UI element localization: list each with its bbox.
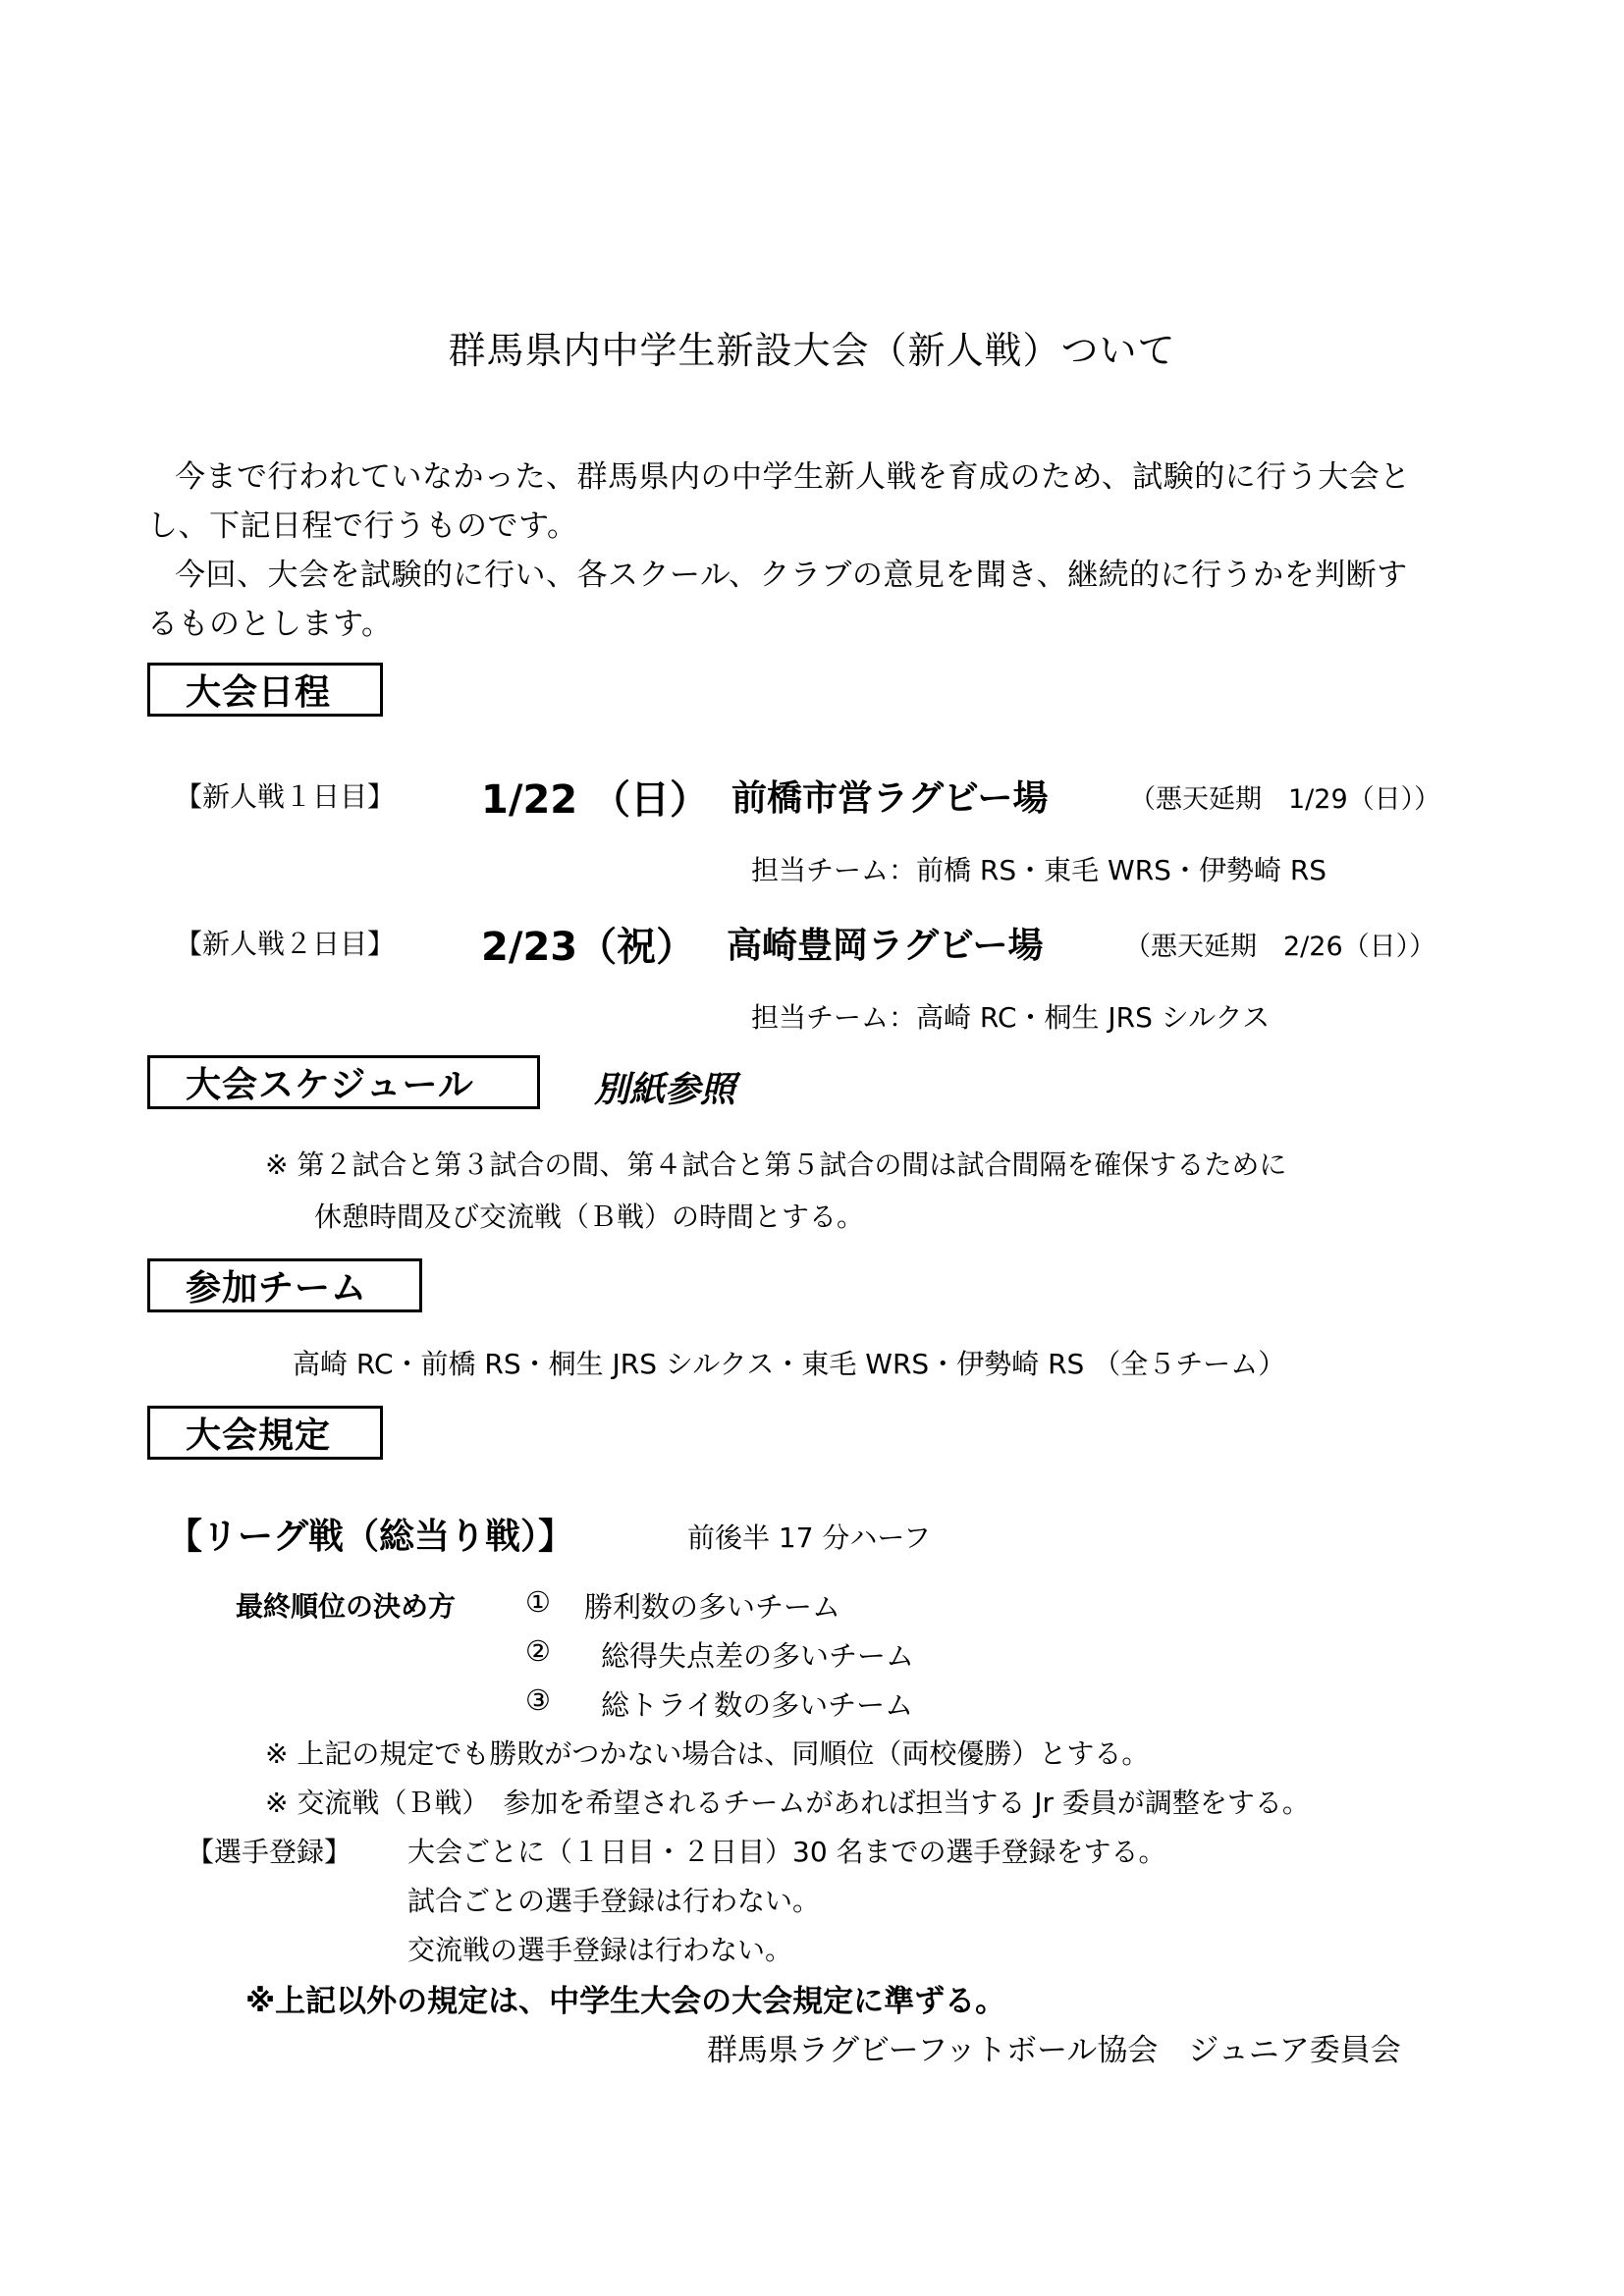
ranking-text: 総得失点差の多いチーム bbox=[601, 1634, 914, 1675]
participating-teams-list: 高崎 RC・前橋 RS・桐生 JRS シルクス・東毛 WRS・伊勢崎 RS （全… bbox=[293, 1343, 1285, 1382]
schedule-day-label: 【新人戦１日目】 bbox=[175, 775, 395, 815]
schedule-day-label: 【新人戦２日目】 bbox=[175, 923, 395, 962]
section-heading-schedule-label: 大会日程 bbox=[186, 665, 331, 715]
signature: 群馬県ラグビーフットボール協会 ジュニア委員会 bbox=[707, 2025, 1401, 2069]
registration-line-2: 試合ごとの選手登録は行わない。 bbox=[407, 1880, 820, 1919]
schedule-day-date: 1/22 （日） bbox=[481, 769, 709, 825]
section-heading-teams-label: 参加チーム bbox=[186, 1260, 367, 1310]
intro-line-1: 今まで行われていなかった、群馬県内の中学生新人戦を育成のため、試験的に行う大会と bbox=[175, 452, 1411, 496]
registration-line-3: 交流戦の選手登録は行わない。 bbox=[407, 1929, 792, 1968]
schedule-note-line-2: 休憩時間及び交流戦（Ｂ戦）の時間とする。 bbox=[314, 1196, 864, 1235]
schedule-note-line-1: ※ 第２試合と第３試合の間、第４試合と第５試合の間は試合間隔を確保するために bbox=[265, 1144, 1286, 1183]
ranking-text: 総トライ数の多いチーム bbox=[601, 1683, 913, 1724]
schedule-day-teams: 担当チーム：前橋 RS・東毛 WRS・伊勢崎 RS bbox=[751, 849, 1326, 888]
schedule-day-postpone: （悪天延期 1/29（日）） bbox=[1129, 777, 1440, 816]
intro-line-2: し、下記日程で行うものです。 bbox=[147, 501, 578, 545]
intro-line-4: るものとします。 bbox=[147, 599, 393, 643]
ranking-number: ③ bbox=[525, 1683, 551, 1717]
ranking-text: 勝利数の多いチーム bbox=[584, 1585, 840, 1626]
intro-line-3: 今回、大会を試験的に行い、各スクール、クラブの意見を聞き、継続的に行うかを判断す bbox=[175, 550, 1408, 594]
section-heading-rules-label: 大会規定 bbox=[186, 1408, 331, 1458]
section-heading-tournament-schedule-label: 大会スケジュール bbox=[186, 1057, 474, 1107]
league-half-duration: 前後半 17 分ハーフ bbox=[687, 1517, 931, 1556]
separate-sheet-reference: 別紙参照 bbox=[594, 1062, 735, 1112]
section-heading-tournament-schedule: 大会スケジュール bbox=[147, 1055, 540, 1109]
schedule-day-venue: 高崎豊岡ラグビー場 bbox=[727, 918, 1044, 968]
ranking-method-label: 最終順位の決め方 bbox=[236, 1585, 456, 1625]
document-title: 群馬県内中学生新設大会（新人戦）ついて bbox=[0, 320, 1624, 374]
section-heading-teams: 参加チーム bbox=[147, 1258, 422, 1312]
schedule-day-postpone: （悪天延期 2/26（日）） bbox=[1124, 925, 1435, 963]
player-registration-label: 【選手登録】 bbox=[187, 1831, 352, 1870]
section-heading-rules: 大会規定 bbox=[147, 1406, 383, 1460]
schedule-day-date: 2/23（祝） bbox=[481, 916, 695, 972]
schedule-day-venue: 前橋市営ラグビー場 bbox=[731, 771, 1049, 821]
registration-line-1: 大会ごとに（１日目・２日目）30 名までの選手登録をする。 bbox=[407, 1831, 1166, 1870]
section-heading-schedule: 大会日程 bbox=[147, 663, 383, 717]
ranking-number: ① bbox=[525, 1585, 551, 1619]
ranking-number: ② bbox=[525, 1634, 551, 1668]
league-format-title: 【リーグ戦（総当り戦）】 bbox=[167, 1509, 573, 1559]
other-rules-note: ※上記以外の規定は、中学生大会の大会規定に準ずる。 bbox=[245, 1976, 1005, 2020]
rules-note-exchange-match: ※ 交流戦（Ｂ戦） 参加を希望されるチームがあれば担当する Jr 委員が調整をす… bbox=[265, 1782, 1310, 1821]
rules-note-tie: ※ 上記の規定でも勝敗がつかない場合は、同順位（両校優勝）とする。 bbox=[265, 1733, 1149, 1772]
schedule-day-teams: 担当チーム：高崎 RC・桐生 JRS シルクス bbox=[751, 996, 1270, 1036]
